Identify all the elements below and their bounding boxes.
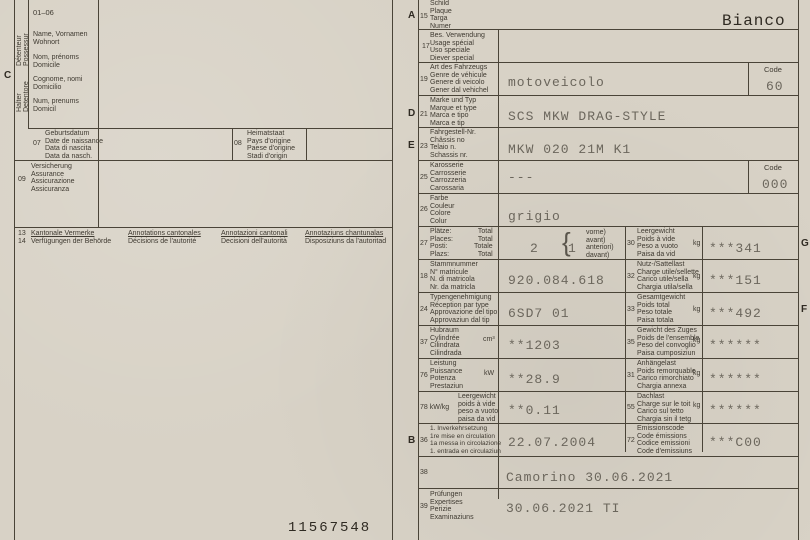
displacement-value: **1203: [508, 338, 561, 353]
name-label-fr: Nom, prénomsDomicile: [33, 54, 79, 69]
section-letter-c: C: [4, 70, 11, 81]
left-border: [14, 0, 15, 540]
divider: [418, 193, 798, 194]
chassis-value: MKW 020 21M K1: [508, 142, 631, 157]
power-weight-ratio-label: Leergewichtpoids à videpeso a vuotopaisa…: [458, 393, 498, 423]
power-value: **28.9: [508, 372, 561, 387]
section-letter-b: B: [408, 435, 415, 446]
field-18-number: 18: [420, 273, 428, 280]
seats-front-label: vorne)avant)anteriori)davant): [586, 229, 614, 259]
field-32-number: 32: [627, 273, 635, 280]
unit-kg: kg: [693, 273, 700, 280]
field-38-number: 38: [420, 469, 428, 476]
birthdate-label: GeburtsdatumDate de naissanceData di nas…: [45, 130, 103, 160]
field-30-number: 30: [627, 240, 635, 247]
field-21-number: 21: [420, 111, 428, 118]
total-weight-label: GesamtgewichtPoids totalPeso totalePaisa…: [637, 294, 685, 324]
emission-code-value: ***C00: [709, 435, 762, 450]
payload-label: Nutz-/SattellastCharge utile/selletteCar…: [637, 261, 699, 291]
special-use-label: Bes. VerwendungUsage spécialUso speciale…: [430, 32, 485, 62]
vehicle-registration-document: C Halter Detentore Détenteur Possessur 0…: [0, 0, 810, 540]
field-19-number: 19: [420, 76, 428, 83]
divider: [418, 423, 798, 424]
document-serial-number: 11567548: [288, 520, 371, 536]
divider: [306, 128, 307, 160]
origin-label: HeimatstaatPays d'originePaese d'origine…: [247, 130, 295, 160]
field-36-number: 36: [420, 437, 428, 444]
field-07-number: 07: [33, 140, 41, 147]
plate-label: SchildPlaqueTargaNumer: [430, 0, 452, 30]
divider: [418, 325, 798, 326]
section-letter-g: G: [801, 238, 809, 249]
type-approval-value: 6SD7 01: [508, 306, 570, 321]
body-code: 000: [762, 177, 788, 192]
field-31-number: 31: [627, 372, 635, 379]
annotations-fr: Annotations cantonalesDécisions de l'aut…: [128, 230, 201, 245]
holder-label-rm: Possessur: [23, 33, 31, 66]
empty-weight-value: ***341: [709, 241, 762, 256]
divider: [98, 128, 99, 160]
divider: [418, 358, 798, 359]
color-value: grigio: [508, 209, 561, 224]
center-fold: [392, 0, 393, 540]
train-weight-label: Gewicht des ZugesPoids de l'ensemblePeso…: [637, 327, 699, 357]
code-header: Code: [764, 163, 782, 172]
vehicle-type-label: Art des FahrzeugsGenre de véhiculeGenere…: [430, 64, 488, 94]
annotations-it: Annotazioni cantonaliDecisioni dell'auto…: [221, 230, 288, 245]
field-33-number: 33: [627, 306, 635, 313]
field-24-number: 24: [420, 306, 428, 313]
inspections-value: 30.06.2021 TI: [506, 501, 620, 516]
name-label-de: Name, VornamenWohnort: [33, 31, 87, 46]
row-01-06-label: 01–06: [33, 9, 54, 17]
unit-kg: kg: [693, 337, 700, 344]
annotations-rm: Annotaziuns chantunalasDisposiziuns da l…: [305, 230, 386, 245]
field-55-number: 55: [627, 404, 635, 411]
divider: [98, 160, 99, 227]
vehicle-type-code: 60: [766, 79, 784, 94]
unit-kw: kW: [484, 370, 494, 377]
field-08-number: 08: [234, 140, 242, 147]
towing-load-value: ******: [709, 372, 762, 387]
section-letter-e: E: [408, 140, 415, 151]
make-type-label: Marke und TypMarque et typeMarca e tipoM…: [430, 97, 477, 127]
annotations-numbers: 1314: [18, 230, 26, 245]
field-15-number: 15: [420, 13, 428, 20]
divider: [14, 227, 392, 228]
field-39-number: 39: [420, 503, 428, 510]
divider: [418, 95, 798, 96]
field-27-number: 27: [420, 240, 428, 247]
field-37-number: 37: [420, 339, 428, 346]
divider: [748, 62, 749, 95]
type-approval-label: TypengenehmigungRéception par typeApprov…: [430, 294, 497, 324]
emission-code-label: EmissionscodeCode émissionsCodice emissi…: [637, 425, 692, 455]
vehicle-type-value: motoveicolo: [508, 75, 605, 90]
divider: [418, 488, 798, 489]
section-letter-d: D: [408, 108, 415, 119]
seats-label: Plätze:Places:Posti:Plazs:: [430, 228, 453, 258]
divider: [98, 0, 99, 128]
field-35-number: 35: [627, 339, 635, 346]
right-outer-border: [798, 0, 799, 540]
divider: [418, 160, 798, 161]
field-78-number: 78 kW/kg: [420, 404, 449, 411]
divider: [418, 456, 798, 457]
seats-total-value: 2: [530, 241, 539, 256]
divider: [418, 62, 798, 63]
color-label: FarbeCouleurColoreColur: [430, 195, 455, 225]
displacement-label: HubraumCylindréeCilindrataCilindrada: [430, 327, 462, 357]
code-header: Code: [764, 65, 782, 74]
body-value: ---: [508, 170, 534, 185]
divider: [418, 259, 798, 260]
divider: [418, 391, 798, 392]
roof-load-label: DachlastCharge sur le toitCarico sul tet…: [637, 393, 691, 423]
body-label: KarosserieCarrosserieCarrozzeriaCarossar…: [430, 162, 466, 192]
towing-load-label: AnhängelastPoids remorquableCarico rimor…: [637, 360, 696, 390]
field-76-number: 76: [420, 372, 428, 379]
divider: [28, 128, 392, 129]
holder-label-it: Detentore: [23, 81, 31, 112]
inspections-label: PrüfungenExpertisesPerizieExaminaziuns: [430, 491, 474, 521]
master-number-label: StammnummerN° matriculeN. di matricolaNr…: [430, 261, 478, 291]
payload-value: ***151: [709, 273, 762, 288]
name-label-rm: Num, prenumsDomicil: [33, 98, 79, 113]
roof-load-value: ******: [709, 403, 762, 418]
first-registration-value: 22.07.2004: [508, 435, 596, 450]
divider: [418, 292, 798, 293]
chassis-label: Fahrgestell-Nr.Châssis noTelaio n.Schass…: [430, 129, 476, 159]
train-weight-value: ******: [709, 338, 762, 353]
unit-kg: kg: [693, 370, 700, 377]
power-weight-ratio-value: **0.11: [508, 403, 561, 418]
right-inner-border: [418, 0, 419, 540]
plate-value: Bianco: [722, 12, 786, 30]
divider: [14, 160, 392, 161]
section-letter-f: F: [801, 304, 807, 315]
insurance-label: VersicherungAssuranceAssicurazioneAssicu…: [31, 163, 75, 193]
divider: [418, 226, 798, 227]
field-26-number: 26: [420, 206, 428, 213]
section-letter-a: A: [408, 10, 415, 21]
first-registration-label: 1. Inverkehrsetzung1re mise en circulati…: [430, 425, 501, 455]
power-label: LeistungPuissancePotenzaPrestaziun: [430, 360, 463, 390]
make-type-value: SCS MKW DRAG-STYLE: [508, 109, 666, 124]
empty-weight-label: LeergewichtPoids à videPeso a vuotoPaisa…: [637, 228, 678, 258]
issuance-place-date-value: Camorino 30.06.2021: [506, 470, 673, 485]
seats-total-label: TotalTotalTotaleTotal: [474, 228, 493, 258]
divider: [232, 128, 233, 160]
divider: [418, 127, 798, 128]
unit-kg: kg: [693, 306, 700, 313]
annotations-de: Kantonale VermerkeVerfügungen der Behörd…: [31, 230, 111, 245]
unit-kg: kg: [693, 402, 700, 409]
name-label-it: Cognome, nomiDomicilio: [33, 76, 82, 91]
unit-cm3: cm³: [483, 336, 495, 343]
field-72-number: 72: [627, 437, 635, 444]
seats-front-value: 1: [568, 241, 577, 256]
divider: [748, 160, 749, 193]
divider: [418, 29, 798, 30]
unit-kg: kg: [693, 240, 700, 247]
field-23-number: 23: [420, 143, 428, 150]
field-09-number: 09: [18, 176, 26, 183]
field-25-number: 25: [420, 174, 428, 181]
total-weight-value: ***492: [709, 306, 762, 321]
field-17-number: 17: [422, 43, 430, 50]
master-number-value: 920.084.618: [508, 273, 605, 288]
